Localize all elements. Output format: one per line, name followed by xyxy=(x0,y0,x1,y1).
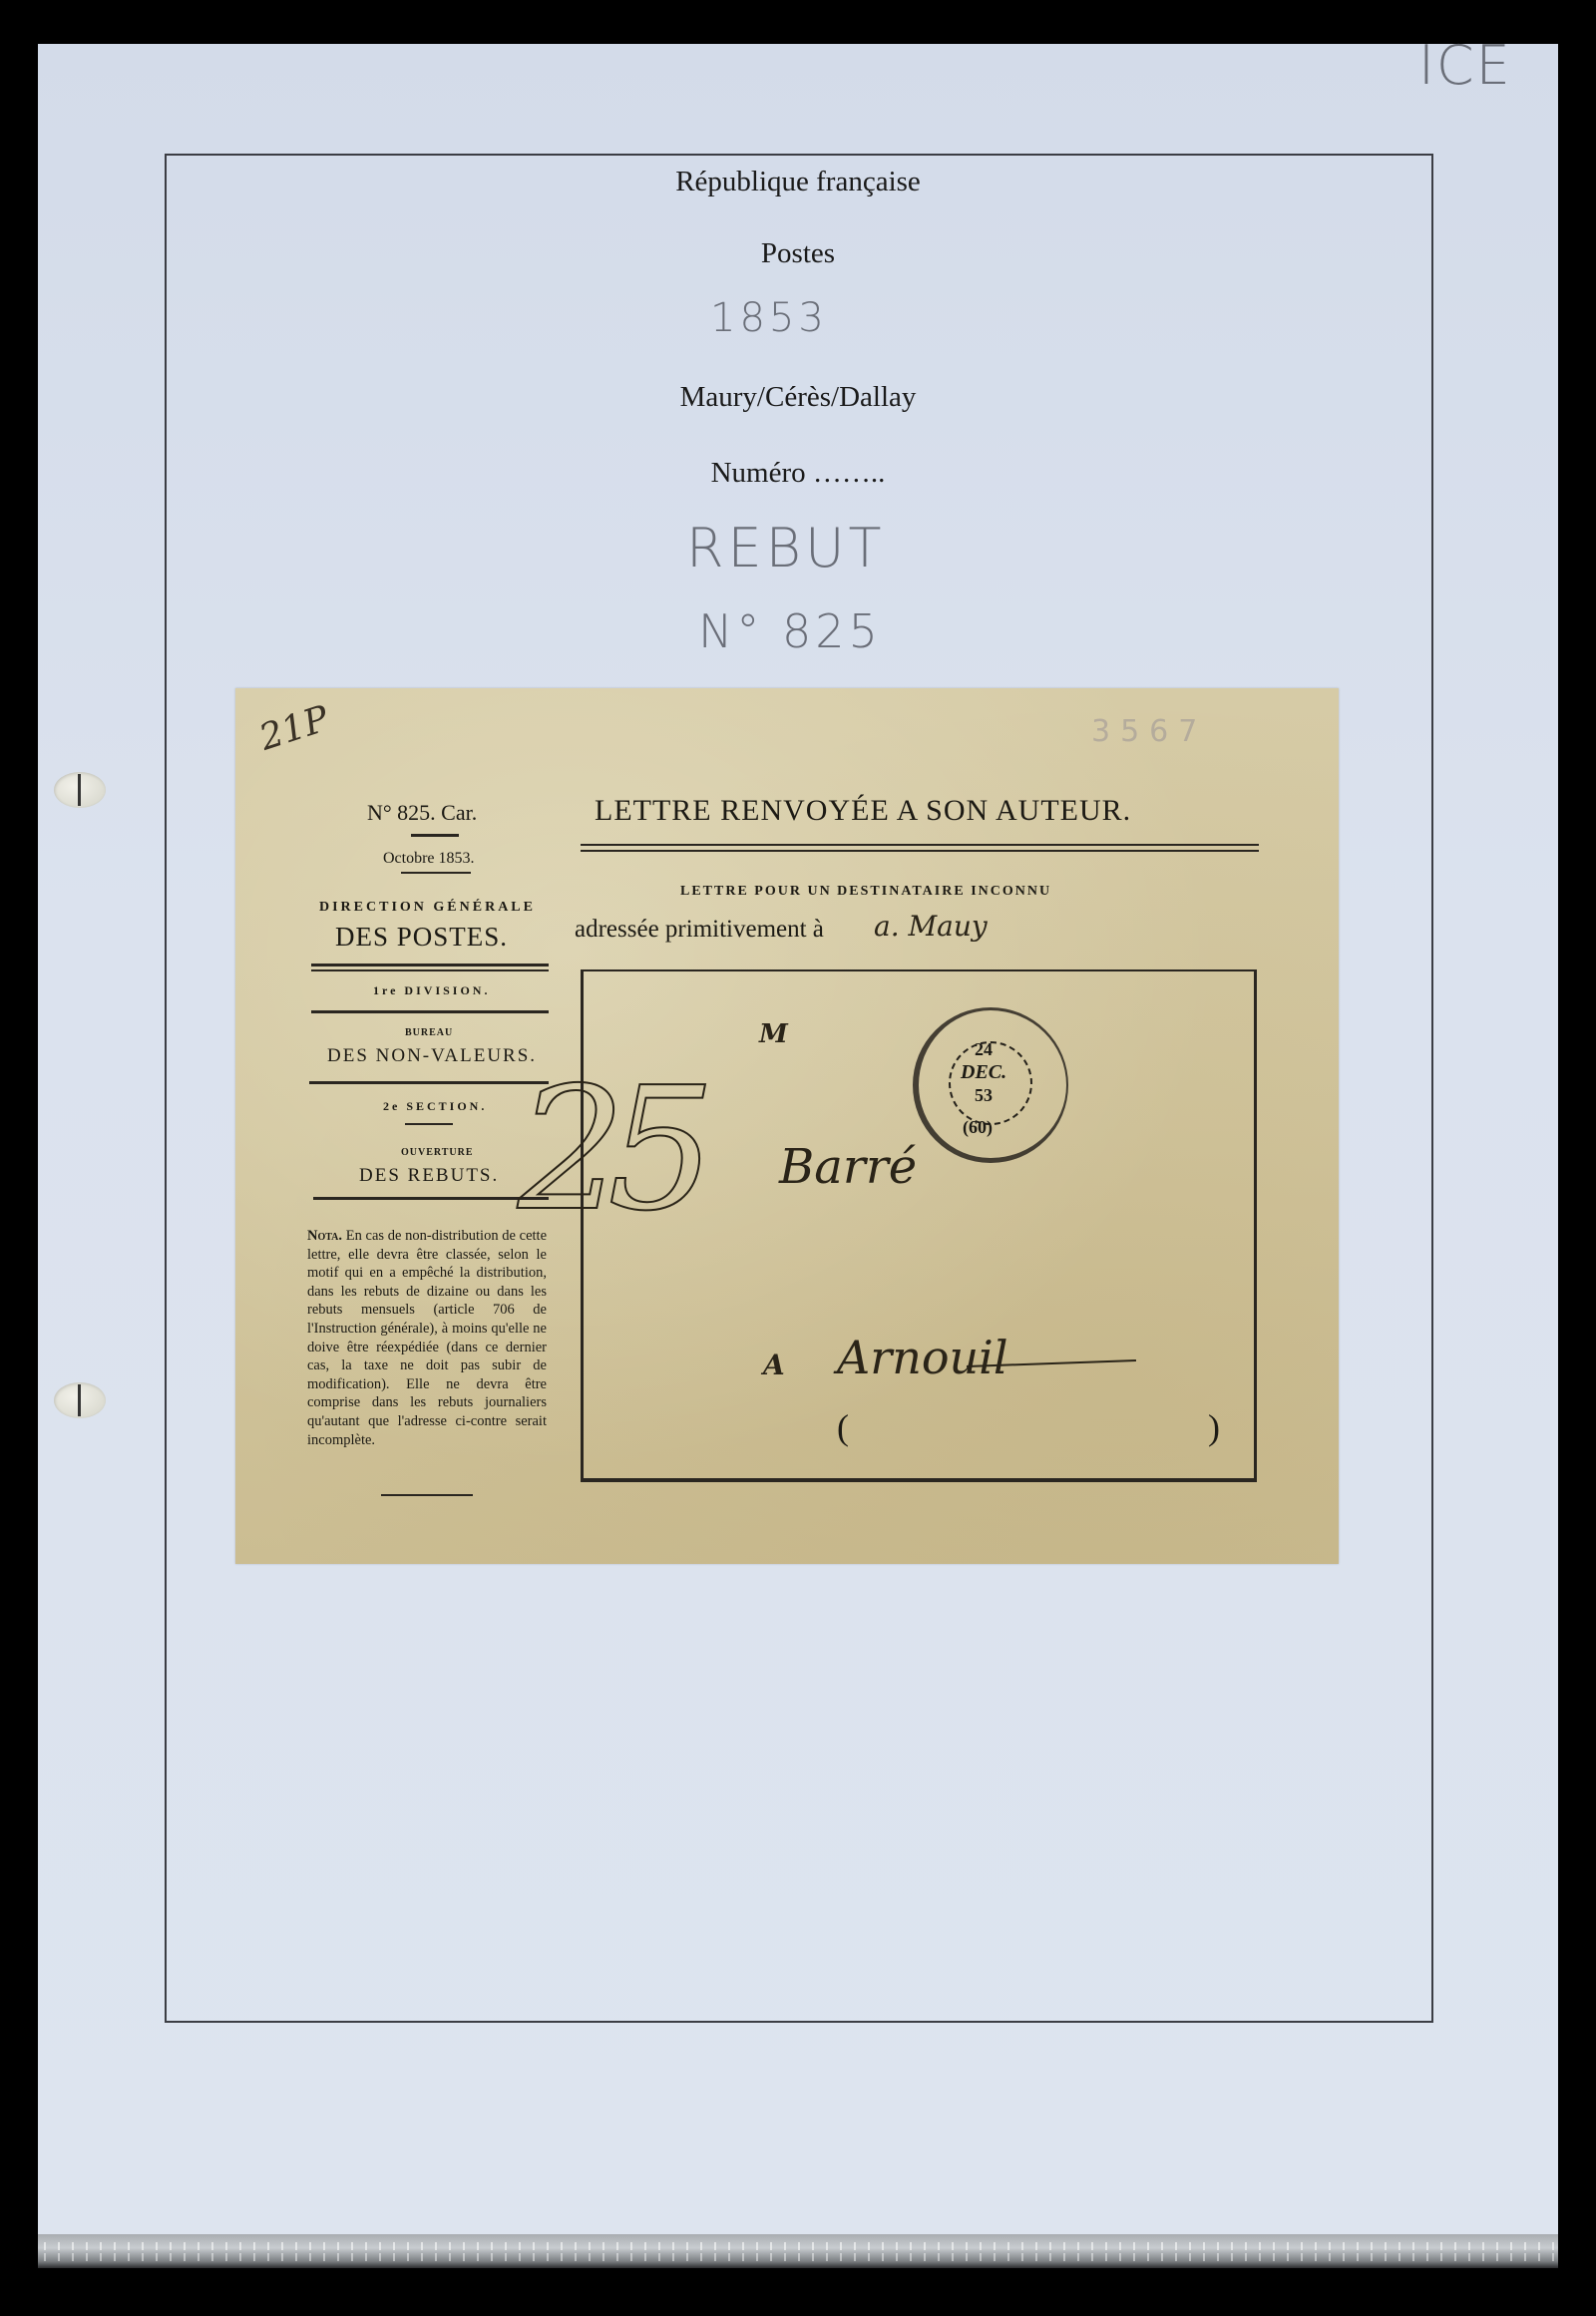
pencil-rebut-number: N° 825 xyxy=(698,604,882,658)
ouverture-small: OUVERTURE xyxy=(401,1147,474,1158)
header-republique: République française xyxy=(0,166,1596,198)
town-handwritten: Arnouil xyxy=(837,1331,1008,1384)
postmark-year: 53 xyxy=(975,1085,993,1106)
form-date: Octobre 1853. xyxy=(383,850,475,868)
header-numero: Numéro …….. xyxy=(0,457,1596,490)
direction-large: DES POSTES. xyxy=(335,922,508,953)
bureau-small: BUREAU xyxy=(405,1027,453,1038)
nota-paragraph: Nota. En cas de non-distribution de cett… xyxy=(307,1227,547,1449)
m-label: M xyxy=(759,1019,788,1049)
punch-hole-bottom xyxy=(54,1382,106,1418)
ouverture-large: DES REBUTS. xyxy=(359,1165,499,1187)
a-label: A xyxy=(763,1349,785,1381)
postmark-month: DEC. xyxy=(961,1061,1006,1084)
form-number: N° 825. Car. xyxy=(367,800,477,826)
postmark-day: 24 xyxy=(975,1039,993,1060)
header-catalogue: Maury/Cérès/Dallay xyxy=(0,381,1596,414)
division-label: 1re DIVISION. xyxy=(373,983,490,998)
letter-subtitle: LETTRE POUR UN DESTINATAIRE INCONNU xyxy=(680,884,1051,900)
addressed-label: adressée primitivement à xyxy=(575,916,824,944)
bureau-large: DES NON-VALEURS. xyxy=(327,1045,537,1067)
letter-title: LETTRE RENVOYÉE A SON AUTEUR. xyxy=(595,794,1131,828)
recipient-handwritten: Barré xyxy=(779,1139,917,1195)
postmark-department: (60) xyxy=(963,1117,993,1138)
direction-small: DIRECTION GÉNÉRALE xyxy=(319,900,536,916)
tax-mark-25: 25 xyxy=(518,1051,697,1249)
faint-pencil-number: 3567 xyxy=(1091,714,1207,749)
addressed-handwritten: a. Mauy xyxy=(874,910,988,943)
address-box: M Barré 25 A Arnouil ( ) 24 DEC. 53 (60) xyxy=(581,969,1257,1482)
year-pencil: 1853 xyxy=(710,295,828,341)
paren-close: ) xyxy=(1208,1406,1220,1448)
nota-text: En cas de non-distribution de cette lett… xyxy=(307,1228,547,1448)
nota-label: Nota. xyxy=(307,1228,342,1244)
pencil-rebut: REBUT xyxy=(686,517,886,579)
rebut-letter: 21P 3567 N° 825. Car. Octobre 1853. DIRE… xyxy=(235,688,1339,1564)
paren-open: ( xyxy=(837,1406,849,1448)
sleeve-edge xyxy=(38,2234,1558,2268)
corner-pencil-mark: ICE xyxy=(1418,34,1512,97)
header-postes: Postes xyxy=(0,237,1596,270)
punch-hole-top xyxy=(54,772,106,808)
section-label: 2e SECTION. xyxy=(383,1099,487,1114)
corner-manuscript: 21P xyxy=(254,698,333,759)
